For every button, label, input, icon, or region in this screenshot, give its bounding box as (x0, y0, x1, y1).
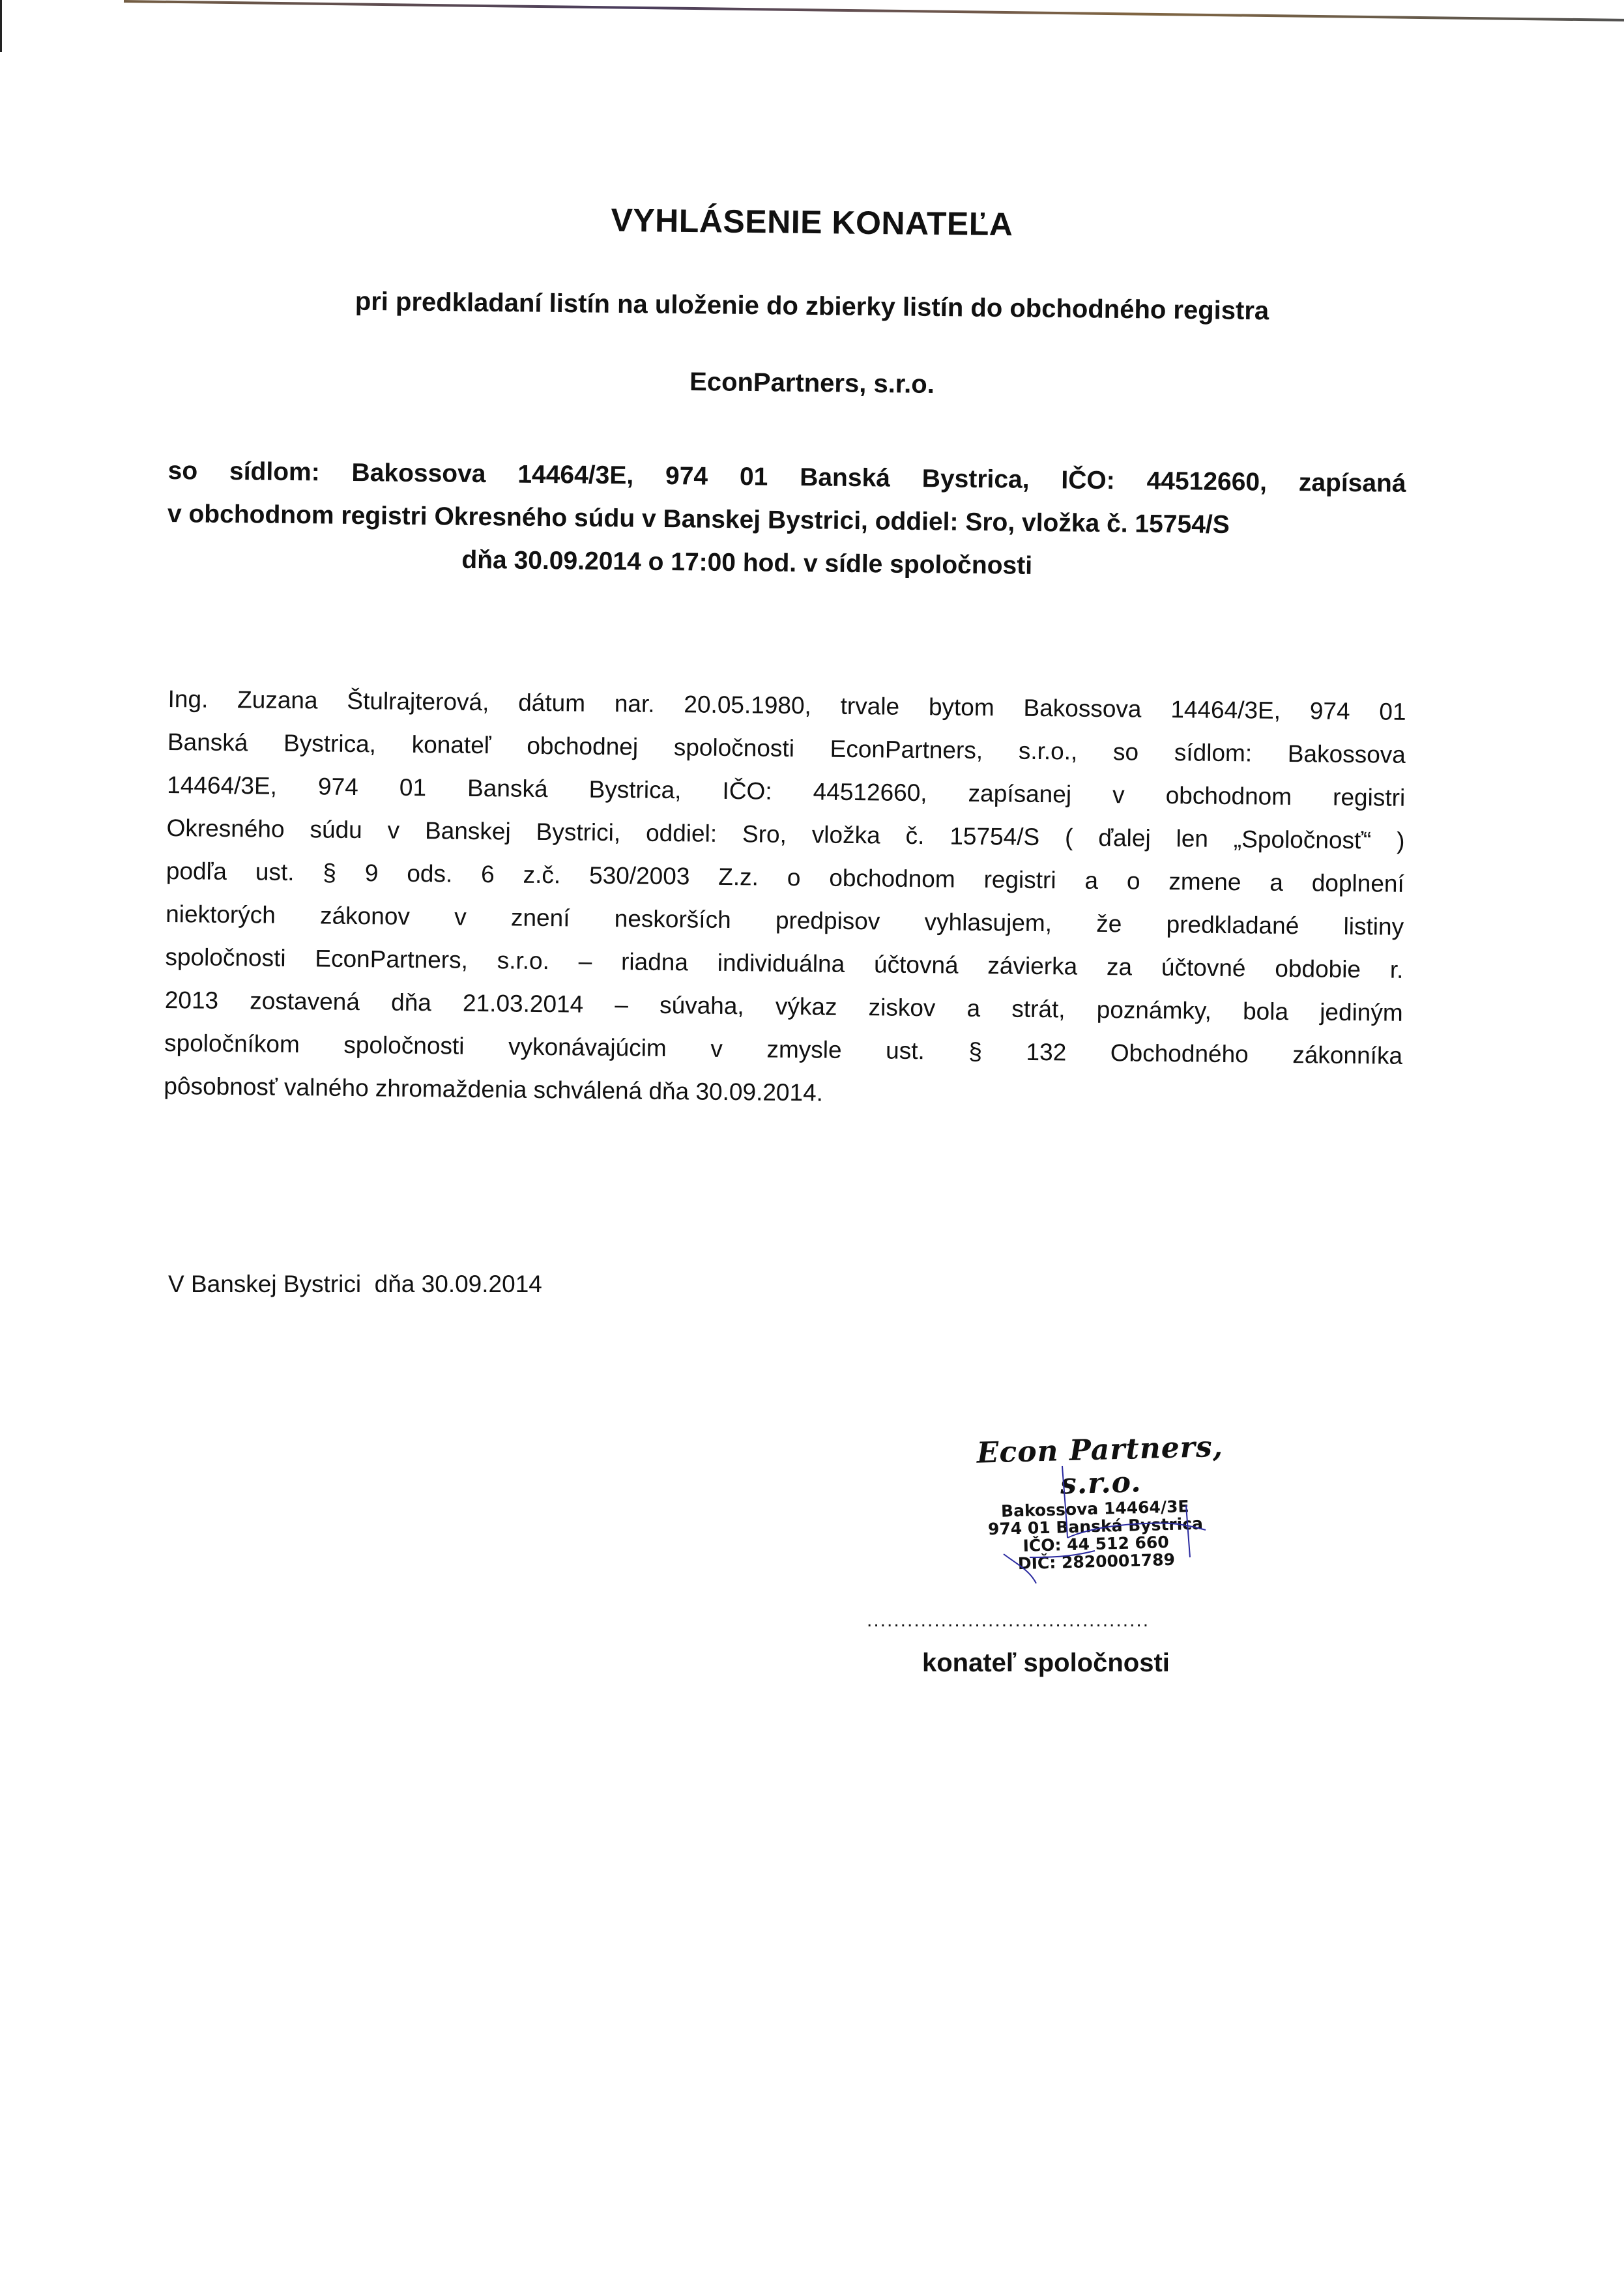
place-and-date: V Banskej Bystrici dňa 30.09.2014 (168, 1271, 542, 1298)
company-seat-info: so sídlom: Bakossova 14464/3E, 974 01 Ba… (167, 450, 1406, 592)
scan-edge-artifact (0, 0, 2, 52)
company-stamp: Econ Partners, s.r.o. Bakossova 14464/3E… (923, 1429, 1266, 1575)
declaration-body: Ing. Zuzana Štulrajterová, dátum nar. 20… (164, 678, 1406, 1121)
document-title: VYHLÁSENIE KONATEĽA (0, 195, 1624, 250)
signature-line: ........................................… (867, 1609, 1232, 1632)
scanned-document-page: VYHLÁSENIE KONATEĽA pri predkladaní list… (0, 0, 1624, 2278)
document-subtitle: pri predkladaní listín na uloženie do zb… (0, 283, 1624, 330)
company-name: EconPartners, s.r.o. (0, 360, 1624, 407)
signature-role: konateľ spoločnosti (922, 1649, 1170, 1678)
stamp-company-name: Econ Partners, s.r.o. (936, 1429, 1264, 1504)
scan-line-artifact (124, 0, 1624, 22)
